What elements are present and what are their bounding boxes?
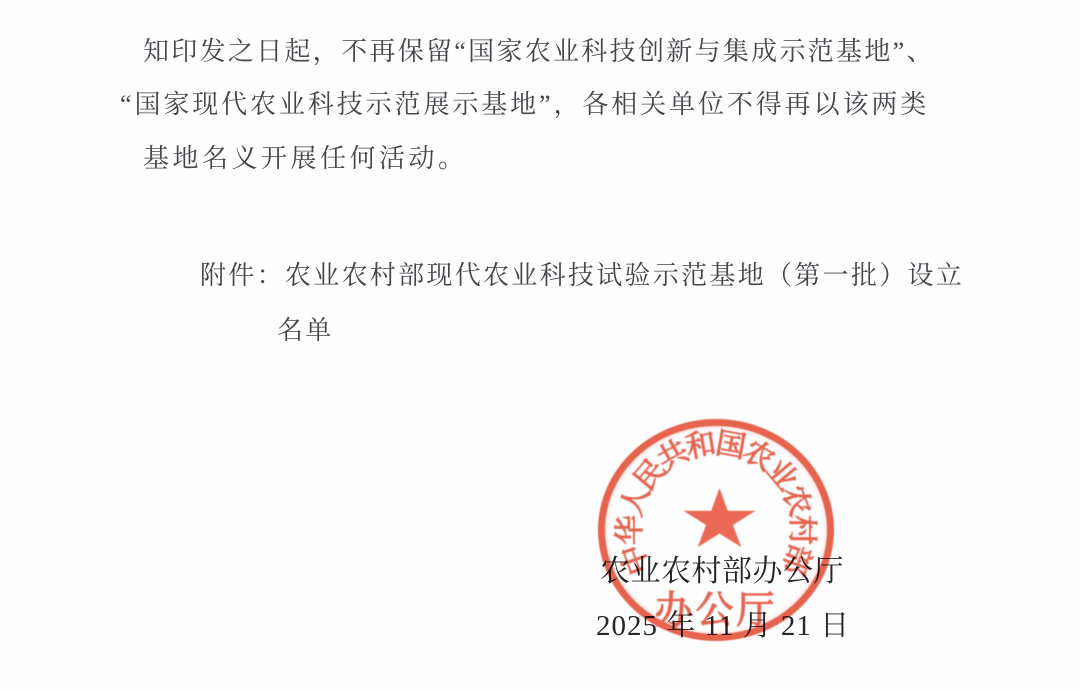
- document-page: 知印发之日起，不再保留“国家农业科技创新与集成示范基地”、 “国家现代农业科技示…: [0, 0, 1080, 689]
- paragraph-line: 知印发之日起，不再保留“国家农业科技创新与集成示范基地”、: [143, 37, 935, 67]
- date: 2025 年 11 月 21 日: [596, 603, 850, 644]
- attachment-line-continuation: 名单: [277, 316, 334, 346]
- attachment-line: 附件：农业农村部现代农业科技试验示范基地（第一批）设立: [200, 261, 964, 291]
- signature: 农业农村部办公厅: [600, 546, 844, 590]
- paragraph-line: 基地名义开展任何活动。: [143, 144, 468, 174]
- paragraph-line: “国家现代农业科技示范展示基地”，各相关单位不得再以该两类: [120, 90, 929, 120]
